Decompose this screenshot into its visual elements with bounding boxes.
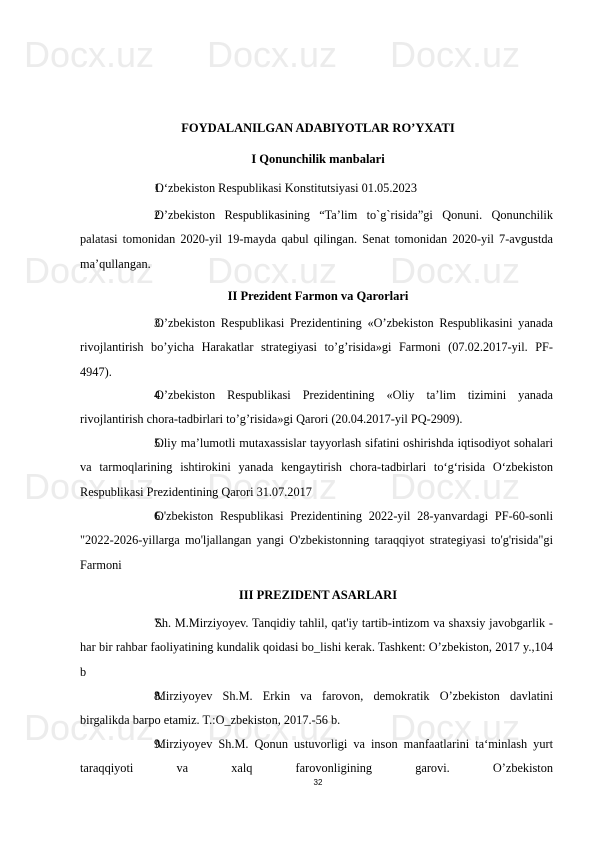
reference-item: 7.Sh. M.Mirziyoyev. Tanqidiy tahlil, qat… [80, 611, 553, 684]
reference-number: 4. [117, 383, 155, 407]
reference-number: 8. [117, 684, 155, 708]
section-heading: III PREZIDENT ASARLARI [80, 588, 556, 603]
reference-number: 7. [117, 611, 155, 635]
section-heading: II Prezident Farmon va Qarorlari [80, 289, 556, 304]
document-title: FOYDALANILGAN ADABIYOTLAR RO’YXATI [80, 121, 556, 136]
watermark-text: Docx.uz [390, 35, 520, 75]
reference-item: 9.Mirziyoyev Sh.M. Qonun ustuvorligi va … [80, 732, 553, 781]
section-heading: I Qonunchilik manbalari [80, 152, 556, 167]
reference-item: 3.O’zbekiston Respublikasi Prezidentinin… [80, 311, 553, 384]
reference-text: O‘zbekiston Respublikasi Konstitutsiyasi… [155, 181, 417, 195]
watermark-text: Docx.uz [24, 35, 154, 75]
page-number: 32 [80, 778, 556, 787]
reference-item: 2.O’zbekiston Respublikasining “Ta’lim t… [80, 203, 553, 276]
reference-number: 3. [117, 311, 155, 335]
reference-number: 1. [117, 176, 155, 200]
reference-number: 2. [117, 203, 155, 227]
reference-item: 5.Oliy ma’lumotli mutaxassislar tayyorla… [80, 431, 553, 504]
reference-item: 8.Mirziyoyev Sh.M. Erkin va farovon, dem… [80, 684, 553, 733]
reference-number: 6. [117, 504, 155, 528]
watermark-text: Docx.uz [207, 35, 337, 75]
reference-number: 9. [117, 732, 155, 756]
reference-item: 1.O‘zbekiston Respublikasi Konstitutsiya… [80, 176, 553, 200]
reference-item: 6.O'zbekiston Respublikasi Prezidentinin… [80, 504, 553, 577]
reference-item: 4.O’zbekiston Respublikasi Prezidentinin… [80, 383, 553, 432]
watermark-row: Docx.uz Docx.uz Docx.uz [0, 35, 595, 75]
reference-number: 5. [117, 431, 155, 455]
